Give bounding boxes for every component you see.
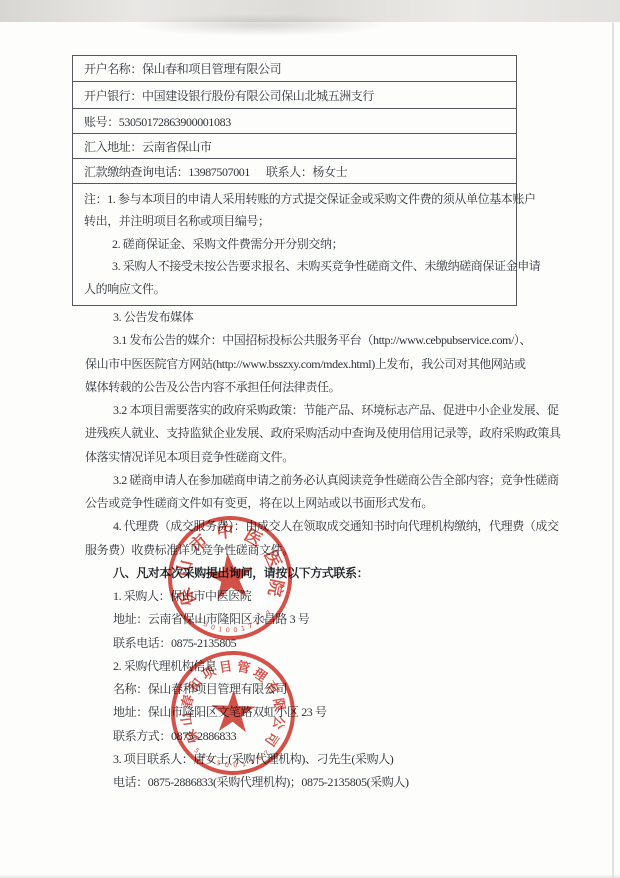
table-row: 汇款缴纳查询电话：13987507001联系人：杨女士 xyxy=(73,159,516,184)
body-line: 地址：云南省保山市隆阳区永昌路 3 号 xyxy=(85,608,557,631)
body-line: 保山市中医医院官方网站(http://www.bsszxy.com/mdex.h… xyxy=(85,353,557,376)
body-line: 进残疾人就业、支持监狱企业发展、政府采购活动中查询及使用信用记录等，政府采购政策… xyxy=(85,422,557,445)
table-row: 开户银行：中国建设银行股份有限公司保山北城五洲支行 xyxy=(73,82,516,109)
body-line: 公告或竞争性磋商文件如有变更，将在以上网站或以书面形式发布。 xyxy=(85,492,557,515)
note-line: 3. 采购人不接受未按公告要求报名、未购买竞争性磋商文件、未缴纳磋商保证金申请 xyxy=(84,255,508,277)
body-line: 3.2 本项目需要落实的政府采购政策：节能产品、环境标志产品、促进中小企业发展、… xyxy=(85,399,557,422)
body-line: 八、凡对本次采购提出询问，请按以下方式联系： xyxy=(85,562,557,585)
body-line: 2. 采购代理机构信息 xyxy=(85,655,557,678)
table-cell-text: 汇入地址：云南省保山市 xyxy=(84,138,212,155)
page-bottom-edge xyxy=(0,874,620,878)
page-right-edge xyxy=(612,20,614,878)
body-line: 3. 公告发布媒体 xyxy=(85,306,557,329)
table-cell-text: 开户银行：中国建设银行股份有限公司保山北城五洲支行 xyxy=(84,87,374,104)
table-cell-text: 开户名称：保山春和项目管理有限公司 xyxy=(84,60,281,77)
body-line: 联系电话：0875-2135805 xyxy=(85,632,557,655)
table-row: 账号：53050172863900001083 xyxy=(73,109,516,134)
document-page: 开户名称：保山春和项目管理有限公司开户银行：中国建设银行股份有限公司保山北城五洲… xyxy=(0,0,620,878)
table-cell-text: 账号：53050172863900001083 xyxy=(84,113,231,130)
table-row: 汇入地址：云南省保山市 xyxy=(73,134,516,159)
body-line: 3. 项目联系人：唐女士(采购代理机构)、刁先生(采购人) xyxy=(85,748,557,771)
body-line: 3.1 发布公告的媒介：中国招标投标公共服务平台（http://www.cebp… xyxy=(85,329,557,352)
body-line: 媒体转载的公告及公告内容不承担任何法律责任。 xyxy=(85,376,557,399)
body-line: 名称：保山春和项目管理有限公司 xyxy=(85,678,557,701)
note-line: 人的响应文件。 xyxy=(84,278,508,300)
note-line: 2. 磋商保证金、采购文件费需分开分别交纳； xyxy=(84,233,508,255)
table-note-cell: 注：1. 参与本项目的申请人采用转账的方式提交保证金或采购文件费的须从单位基本账… xyxy=(73,184,516,305)
body-line: 4. 代理费（成交服务费）：由成交人在领取成交通知书时向代理机构缴纳，代理费（成… xyxy=(85,515,557,538)
body-line: 地址：保山市隆阳区文笔路双虹小区 23 号 xyxy=(85,701,557,724)
body-line: 服务费）收费标准详见竞争性磋商文件。 xyxy=(85,539,557,562)
body-line: 体落实情况详见本项目竞争性磋商文件。 xyxy=(85,446,557,469)
table-cell-text: 汇款缴纳查询电话：13987507001 xyxy=(84,163,250,180)
note-line: 转出，并注明项目名称或项目编号； xyxy=(84,210,508,232)
body-line: 3.2 磋商申请人在参加磋商申请之前务必认真阅读竞争性磋商公告全部内容；竞争性磋… xyxy=(85,469,557,492)
body-line: 电话：0875-2886833(采购代理机构)；0875-2135805(采购人… xyxy=(85,771,557,794)
table-row: 开户名称：保山春和项目管理有限公司 xyxy=(73,56,516,82)
announcement-body: 3. 公告发布媒体3.1 发布公告的媒介：中国招标投标公共服务平台（http:/… xyxy=(85,306,557,794)
body-line: 联系方式：0875-2886833 xyxy=(85,725,557,748)
table-cell-text: 联系人：杨女士 xyxy=(266,163,347,180)
scan-smudge xyxy=(130,14,390,36)
note-line: 注：1. 参与本项目的申请人采用转账的方式提交保证金或采购文件费的须从单位基本账… xyxy=(84,188,508,210)
body-line: 1. 采购人：保山市中医医院 xyxy=(85,585,557,608)
bank-info-table: 开户名称：保山春和项目管理有限公司开户银行：中国建设银行股份有限公司保山北城五洲… xyxy=(72,55,517,306)
